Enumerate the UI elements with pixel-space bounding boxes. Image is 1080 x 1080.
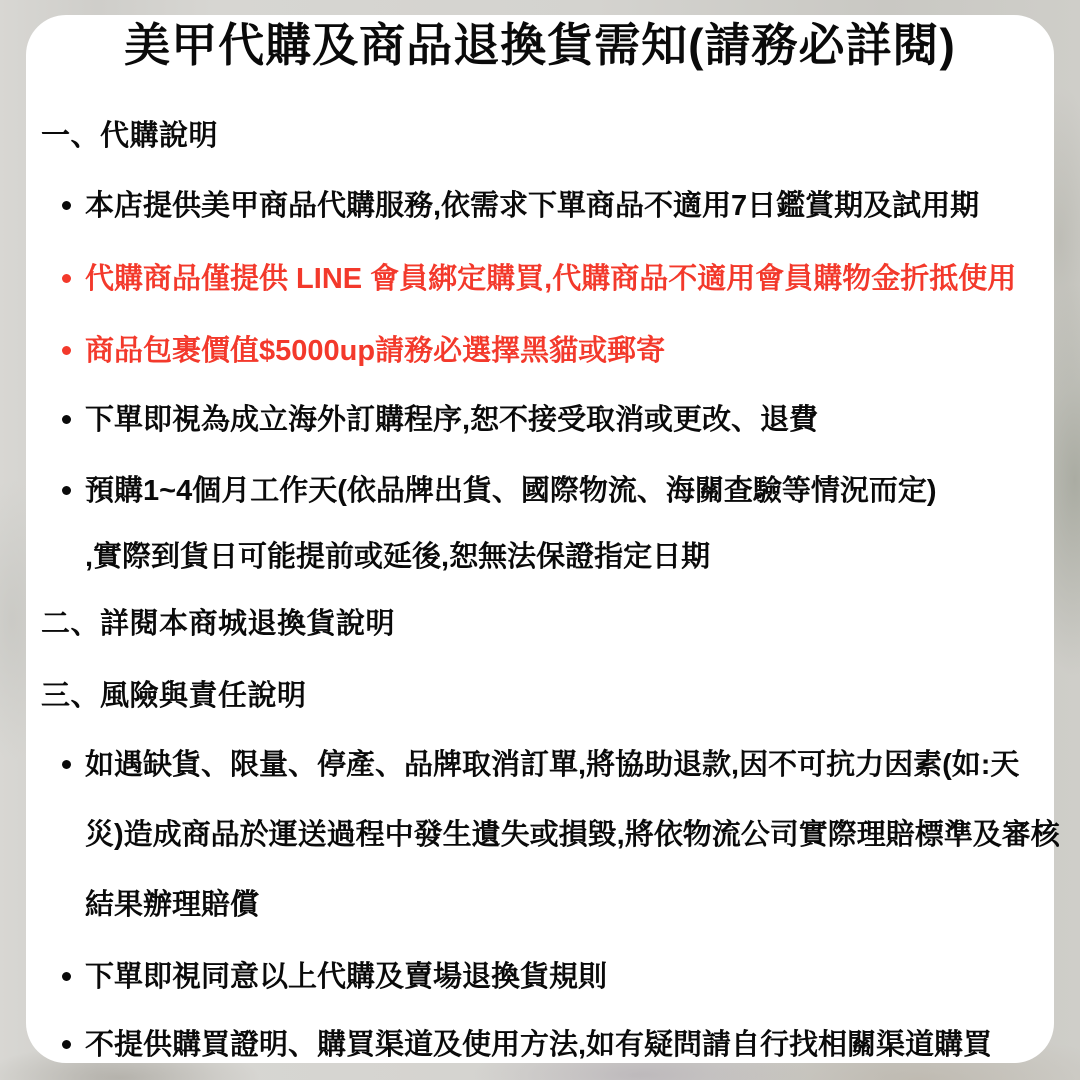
section-1-heading: 一、代購說明 xyxy=(26,116,1054,156)
bullet-text: 本店提供美甲商品代購服務,依需求下單商品不適用7日鑑賞期及試用期 xyxy=(85,190,979,222)
section-2-heading: 二、詳閱本商城退換貨說明 xyxy=(26,604,1054,644)
bullet-item: 不提供購買證明、購買渠道及使用方法,如有疑問請自行找相關渠道購買 xyxy=(26,1025,1054,1065)
section-3-heading: 三、風險與責任說明 xyxy=(26,676,1054,716)
bullet-continuation: 災)造成商品於運送過程中發生遺失或損毀,將依物流公司實際理賠標準及審核 xyxy=(26,815,1054,855)
notice-card: 美甲代購及商品退換貨需知(請務必詳閱) 一、代購說明 本店提供美甲商品代購服務,… xyxy=(26,15,1054,1063)
marble-background: 美甲代購及商品退換貨需知(請務必詳閱) 一、代購說明 本店提供美甲商品代購服務,… xyxy=(0,0,1080,1080)
bullet-icon xyxy=(62,1040,71,1049)
bullet-icon xyxy=(62,274,71,283)
bullet-text: 預購1~4個月工作天(依品牌出貨、國際物流、海關查驗等情況而定) xyxy=(85,475,937,507)
bullet-item: 代購商品僅提供 LINE 會員綁定購買,代購商品不適用會員購物金折抵使用 xyxy=(26,259,1054,299)
bullet-text: 如遇缺貨、限量、停產、品牌取消訂單,將協助退款,因不可抗力因素(如:天 xyxy=(85,749,1019,781)
bullet-icon xyxy=(62,760,71,769)
bullet-item: 預購1~4個月工作天(依品牌出貨、國際物流、海關查驗等情況而定) xyxy=(26,471,1054,511)
bullet-text: 結果辦理賠償 xyxy=(85,889,259,921)
bullet-icon xyxy=(62,972,71,981)
page-title: 美甲代購及商品退換貨需知(請務必詳閱) xyxy=(26,17,1054,73)
bullet-text: 下單即視同意以上代購及賣場退換貨規則 xyxy=(85,961,607,993)
bullet-item: 下單即視同意以上代購及賣場退換貨規則 xyxy=(26,957,1054,997)
bullet-item: 如遇缺貨、限量、停產、品牌取消訂單,將協助退款,因不可抗力因素(如:天 xyxy=(26,745,1054,785)
bullet-icon xyxy=(62,346,71,355)
bullet-text: ,實際到貨日可能提前或延後,恕無法保證指定日期 xyxy=(85,541,710,573)
bullet-icon xyxy=(62,415,71,424)
bullet-continuation: 結果辦理賠償 xyxy=(26,885,1054,925)
bullet-continuation: ,實際到貨日可能提前或延後,恕無法保證指定日期 xyxy=(26,537,1054,577)
bullet-text: 代購商品僅提供 LINE 會員綁定購買,代購商品不適用會員購物金折抵使用 xyxy=(85,263,1016,295)
bullet-text: 災)造成商品於運送過程中發生遺失或損毀,將依物流公司實際理賠標準及審核 xyxy=(85,819,1060,851)
bullet-icon xyxy=(62,201,71,210)
bullet-text: 不提供購買證明、購買渠道及使用方法,如有疑問請自行找相關渠道購買 xyxy=(85,1029,992,1061)
bullet-text: 商品包裹價值$5000up請務必選擇黑貓或郵寄 xyxy=(85,335,665,367)
bullet-item: 商品包裹價值$5000up請務必選擇黑貓或郵寄 xyxy=(26,331,1054,371)
bullet-icon xyxy=(62,486,71,495)
bullet-item: 下單即視為成立海外訂購程序,恕不接受取消或更改、退費 xyxy=(26,400,1054,440)
bullet-item: 本店提供美甲商品代購服務,依需求下單商品不適用7日鑑賞期及試用期 xyxy=(26,186,1054,226)
bullet-text: 下單即視為成立海外訂購程序,恕不接受取消或更改、退費 xyxy=(85,404,818,436)
